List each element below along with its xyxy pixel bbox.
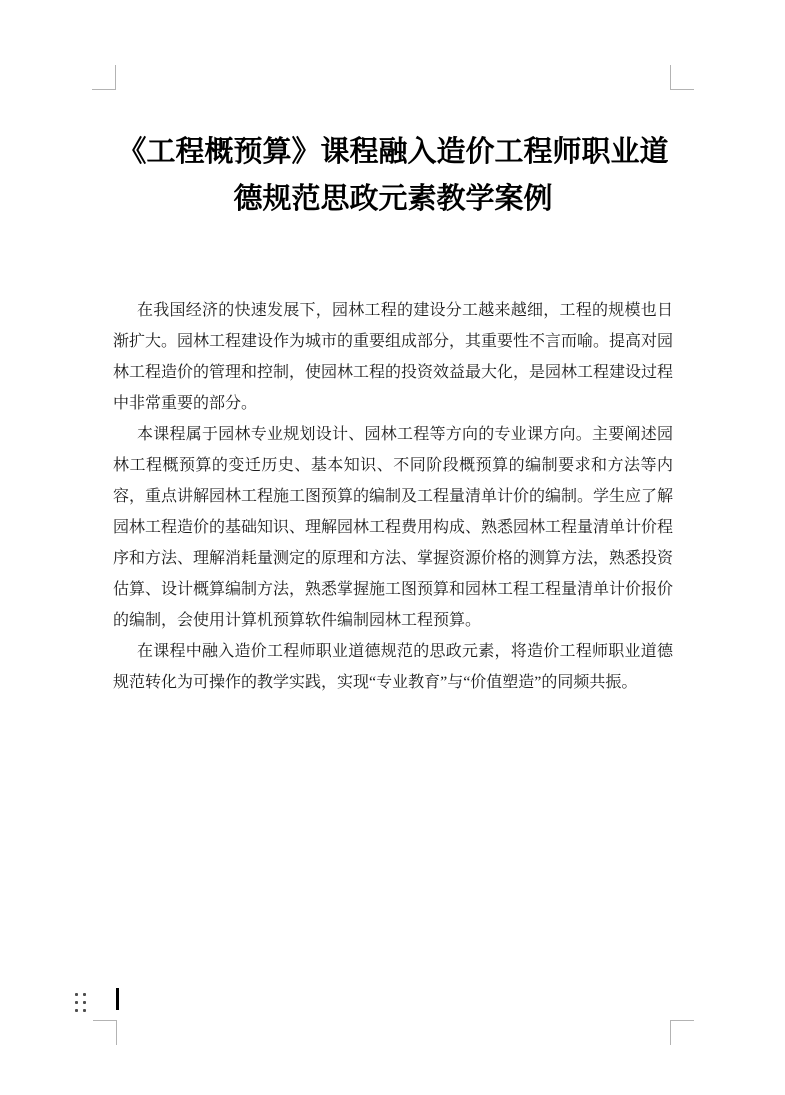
document-body: 在我国经济的快速发展下，园林工程的建设分工越来越细，工程的规模也日渐扩大。园林工… <box>113 295 673 698</box>
text-insertion-cursor <box>116 988 119 1010</box>
paragraph-1[interactable]: 在我国经济的快速发展下，园林工程的建设分工越来越细，工程的规模也日渐扩大。园林工… <box>113 295 673 419</box>
drag-dot <box>75 993 78 996</box>
drag-dot <box>83 993 86 996</box>
drag-dot <box>83 1001 86 1004</box>
paragraph-3[interactable]: 在课程中融入造价工程师职业道德规范的思政元素，将造价工程师职业道德规范转化为可操… <box>113 636 673 698</box>
drag-dot <box>75 1001 78 1004</box>
text-boundary-mark-top-right <box>670 65 694 90</box>
text-boundary-mark-top-left <box>92 65 116 90</box>
paragraph-2[interactable]: 本课程属于园林专业规划设计、园林工程等方向的专业课方向。主要阐述园林工程概预算的… <box>113 419 673 636</box>
drag-dot <box>75 1009 78 1012</box>
document-page: { "document": { "title": "《工程概预算》课程融入造价工… <box>0 0 785 1095</box>
text-boundary-mark-bottom-right <box>670 1020 694 1045</box>
paragraph-drag-handle-icon[interactable] <box>75 993 87 1013</box>
text-boundary-mark-bottom-left <box>93 1020 117 1045</box>
document-title[interactable]: 《工程概预算》课程融入造价工程师职业道德规范思政元素教学案例 <box>113 129 673 223</box>
drag-dot <box>83 1009 86 1012</box>
